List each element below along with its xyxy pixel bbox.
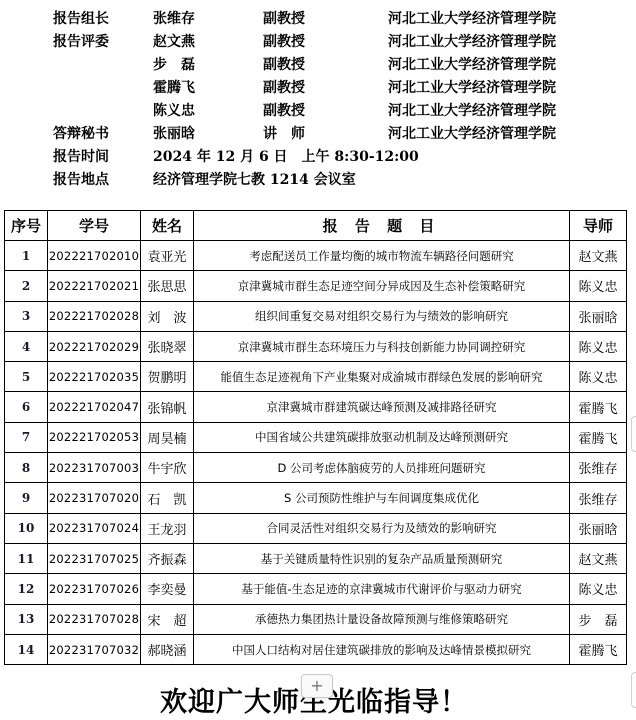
student-name: 郝晓涵 bbox=[141, 634, 194, 664]
student-name: 贺鹏明 bbox=[141, 362, 194, 392]
member-org: 河北工业大学经济管理学院 bbox=[388, 8, 556, 31]
student-id: 202221702053 bbox=[48, 422, 141, 452]
report-topic: 京津冀城市群建筑碳达峰预测及减排路径研究 bbox=[194, 392, 570, 422]
student-id: 202221702021 bbox=[48, 271, 141, 301]
student-id: 202231707032 bbox=[48, 634, 141, 664]
group-leader-row: 报告组长 张维存 副教授 河北工业大学经济管理学院 bbox=[0, 8, 636, 31]
student-name: 刘 波 bbox=[141, 301, 194, 331]
row-number: 14 bbox=[5, 634, 48, 664]
reviewer-row: 陈义忠 副教授 河北工业大学经济管理学院 bbox=[0, 100, 636, 123]
schedule-table: 序号 学号 姓名 报 告 题 目 导师 1202221702010袁亚光考虑配送… bbox=[4, 210, 627, 665]
row-number: 13 bbox=[5, 604, 48, 634]
report-topic: 基于能值-生态足迹的京津冀城市代谢评价与驱动力研究 bbox=[194, 574, 570, 604]
report-topic: 考虑配送员工作量均衡的城市物流车辆路径问题研究 bbox=[194, 241, 570, 271]
table-row: 6202221702047张锦帆京津冀城市群建筑碳达峰预测及减排路径研究霍腾飞 bbox=[5, 392, 627, 422]
advisor-name: 步 磊 bbox=[570, 604, 627, 634]
report-topic: 基于关键质量特性识别的复杂产品质量预测研究 bbox=[194, 543, 570, 573]
student-id: 202221702028 bbox=[48, 301, 141, 331]
time-label: 报告时间 bbox=[53, 146, 109, 169]
advisor-name: 张维存 bbox=[570, 483, 627, 513]
table-row: 5202221702035贺鹏明能值生态足迹视角下产业集聚对成渝城市群绿色发展的… bbox=[5, 362, 627, 392]
report-topic: S 公司预防性维护与车间调度集成优化 bbox=[194, 483, 570, 513]
row-number: 12 bbox=[5, 574, 48, 604]
student-name: 张锦帆 bbox=[141, 392, 194, 422]
member-name: 步 磊 bbox=[153, 54, 195, 77]
report-topic: 中国人口结构对居住建筑碳排放的影响及达峰情景模拟研究 bbox=[194, 634, 570, 664]
table-row: 11202231707025齐振森基于关键质量特性识别的复杂产品质量预测研究赵文… bbox=[5, 543, 627, 573]
table-row: 12202231707026李奕曼基于能值-生态足迹的京津冀城市代谢评价与驱动力… bbox=[5, 574, 627, 604]
advisor-name: 霍腾飞 bbox=[570, 634, 627, 664]
header-student-id: 学号 bbox=[48, 211, 141, 241]
member-name: 张丽晗 bbox=[153, 123, 195, 146]
row-number: 7 bbox=[5, 422, 48, 452]
row-number: 5 bbox=[5, 362, 48, 392]
row-number: 9 bbox=[5, 483, 48, 513]
row-number: 1 bbox=[5, 241, 48, 271]
student-id: 202231707026 bbox=[48, 574, 141, 604]
member-title: 副教授 bbox=[263, 77, 305, 100]
member-name: 赵文燕 bbox=[153, 31, 195, 54]
advisor-name: 霍腾飞 bbox=[570, 392, 627, 422]
advisor-name: 张丽晗 bbox=[570, 513, 627, 543]
advisor-name: 赵文燕 bbox=[570, 241, 627, 271]
row-number: 3 bbox=[5, 301, 48, 331]
side-panel-handle[interactable] bbox=[631, 416, 636, 452]
reviewer-row: 霍腾飞 副教授 河北工业大学经济管理学院 bbox=[0, 77, 636, 100]
table-row: 10202231707024王龙羽合同灵活性对组织交易行为及绩效的影响研究张丽晗 bbox=[5, 513, 627, 543]
member-name: 霍腾飞 bbox=[153, 77, 195, 100]
student-name: 周昊楠 bbox=[141, 422, 194, 452]
table-row: 1202221702010袁亚光考虑配送员工作量均衡的城市物流车辆路径问题研究赵… bbox=[5, 241, 627, 271]
member-title: 讲 师 bbox=[263, 123, 305, 146]
advisor-name: 张丽晗 bbox=[570, 301, 627, 331]
student-name: 石 凯 bbox=[141, 483, 194, 513]
member-org: 河北工业大学经济管理学院 bbox=[388, 123, 556, 146]
header-advisor: 导师 bbox=[570, 211, 627, 241]
member-name: 陈义忠 bbox=[153, 100, 195, 123]
table-row: 13202231707028宋 超承德热力集团热计量设备故障预测与维修策略研究步… bbox=[5, 604, 627, 634]
student-name: 牛宇欣 bbox=[141, 453, 194, 483]
student-id: 202231707024 bbox=[48, 513, 141, 543]
report-topic: 中国省域公共建筑碳排放驱动机制及达峰预测研究 bbox=[194, 422, 570, 452]
table-row: 8202231707003牛宇欣D 公司考虑体脑疲劳的人员排班问题研究张维存 bbox=[5, 453, 627, 483]
member-org: 河北工业大学经济管理学院 bbox=[388, 77, 556, 100]
student-name: 张思思 bbox=[141, 271, 194, 301]
student-name: 张晓翠 bbox=[141, 331, 194, 361]
table-header-row: 序号 学号 姓名 报 告 题 目 导师 bbox=[5, 211, 627, 241]
advisor-name: 陈义忠 bbox=[570, 271, 627, 301]
student-name: 李奕曼 bbox=[141, 574, 194, 604]
table-row: 2202221702021张思思京津冀城市群生态足迹空间分异成因及生态补偿策略研… bbox=[5, 271, 627, 301]
table-row: 7202221702053周昊楠中国省域公共建筑碳排放驱动机制及达峰预测研究霍腾… bbox=[5, 422, 627, 452]
student-name: 袁亚光 bbox=[141, 241, 194, 271]
report-topic: 组织间重复交易对组织交易行为与绩效的影响研究 bbox=[194, 301, 570, 331]
student-name: 宋 超 bbox=[141, 604, 194, 634]
row-number: 2 bbox=[5, 271, 48, 301]
student-name: 王龙羽 bbox=[141, 513, 194, 543]
header-name: 姓名 bbox=[141, 211, 194, 241]
member-org: 河北工业大学经济管理学院 bbox=[388, 100, 556, 123]
table-row: 9202231707020石 凯S 公司预防性维护与车间调度集成优化张维存 bbox=[5, 483, 627, 513]
student-id: 202221702047 bbox=[48, 392, 141, 422]
student-id: 202221702029 bbox=[48, 331, 141, 361]
reviewer-row: 步 磊 副教授 河北工业大学经济管理学院 bbox=[0, 54, 636, 77]
time-value: 2024 年 12 月 6 日 上午 8:30-12:00 bbox=[153, 146, 419, 169]
table-row: 14202231707032郝晓涵中国人口结构对居住建筑碳排放的影响及达峰情景模… bbox=[5, 634, 627, 664]
report-topic: 能值生态足迹视角下产业集聚对成渝城市群绿色发展的影响研究 bbox=[194, 362, 570, 392]
row-number: 11 bbox=[5, 543, 48, 573]
secretary-row: 答辩秘书 张丽晗 讲 师 河北工业大学经济管理学院 bbox=[0, 123, 636, 146]
role-label: 报告组长 bbox=[53, 8, 109, 31]
row-number: 8 bbox=[5, 453, 48, 483]
side-panel-handle[interactable] bbox=[631, 672, 636, 708]
table-row: 3202221702028刘 波组织间重复交易对组织交易行为与绩效的影响研究张丽… bbox=[5, 301, 627, 331]
table-row: 4202221702029张晓翠京津冀城市群生态环境压力与科技创新能力协同调控研… bbox=[5, 331, 627, 361]
advisor-name: 霍腾飞 bbox=[570, 422, 627, 452]
member-title: 副教授 bbox=[263, 100, 305, 123]
student-id: 202221702035 bbox=[48, 362, 141, 392]
report-topic: 京津冀城市群生态环境压力与科技创新能力协同调控研究 bbox=[194, 331, 570, 361]
reviewer-row: 报告评委 赵文燕 副教授 河北工业大学经济管理学院 bbox=[0, 31, 636, 54]
row-number: 6 bbox=[5, 392, 48, 422]
advisor-name: 赵文燕 bbox=[570, 543, 627, 573]
member-org: 河北工业大学经济管理学院 bbox=[388, 31, 556, 54]
time-row: 报告时间 2024 年 12 月 6 日 上午 8:30-12:00 bbox=[0, 146, 636, 169]
advisor-name: 陈义忠 bbox=[570, 574, 627, 604]
member-org: 河北工业大学经济管理学院 bbox=[388, 54, 556, 77]
member-name: 张维存 bbox=[153, 8, 195, 31]
header-no: 序号 bbox=[5, 211, 48, 241]
report-topic: 京津冀城市群生态足迹空间分异成因及生态补偿策略研究 bbox=[194, 271, 570, 301]
location-row: 报告地点 经济管理学院七教 1214 会议室 bbox=[0, 169, 636, 192]
student-name: 齐振森 bbox=[141, 543, 194, 573]
student-id: 202231707028 bbox=[48, 604, 141, 634]
member-title: 副教授 bbox=[263, 8, 305, 31]
student-id: 202221702010 bbox=[48, 241, 141, 271]
role-label: 答辩秘书 bbox=[53, 123, 109, 146]
row-number: 10 bbox=[5, 513, 48, 543]
student-id: 202231707020 bbox=[48, 483, 141, 513]
member-title: 副教授 bbox=[263, 54, 305, 77]
add-button[interactable]: + bbox=[301, 674, 333, 698]
row-number: 4 bbox=[5, 331, 48, 361]
header-topic: 报 告 题 目 bbox=[194, 211, 570, 241]
advisor-name: 陈义忠 bbox=[570, 362, 627, 392]
location-value: 经济管理学院七教 1214 会议室 bbox=[153, 169, 356, 192]
advisor-name: 张维存 bbox=[570, 453, 627, 483]
member-title: 副教授 bbox=[263, 31, 305, 54]
role-label: 报告评委 bbox=[53, 31, 109, 54]
report-topic: 承德热力集团热计量设备故障预测与维修策略研究 bbox=[194, 604, 570, 634]
location-label: 报告地点 bbox=[53, 169, 109, 192]
student-id: 202231707025 bbox=[48, 543, 141, 573]
report-topic: D 公司考虑体脑疲劳的人员排班问题研究 bbox=[194, 453, 570, 483]
report-topic: 合同灵活性对组织交易行为及绩效的影响研究 bbox=[194, 513, 570, 543]
advisor-name: 陈义忠 bbox=[570, 331, 627, 361]
student-id: 202231707003 bbox=[48, 453, 141, 483]
